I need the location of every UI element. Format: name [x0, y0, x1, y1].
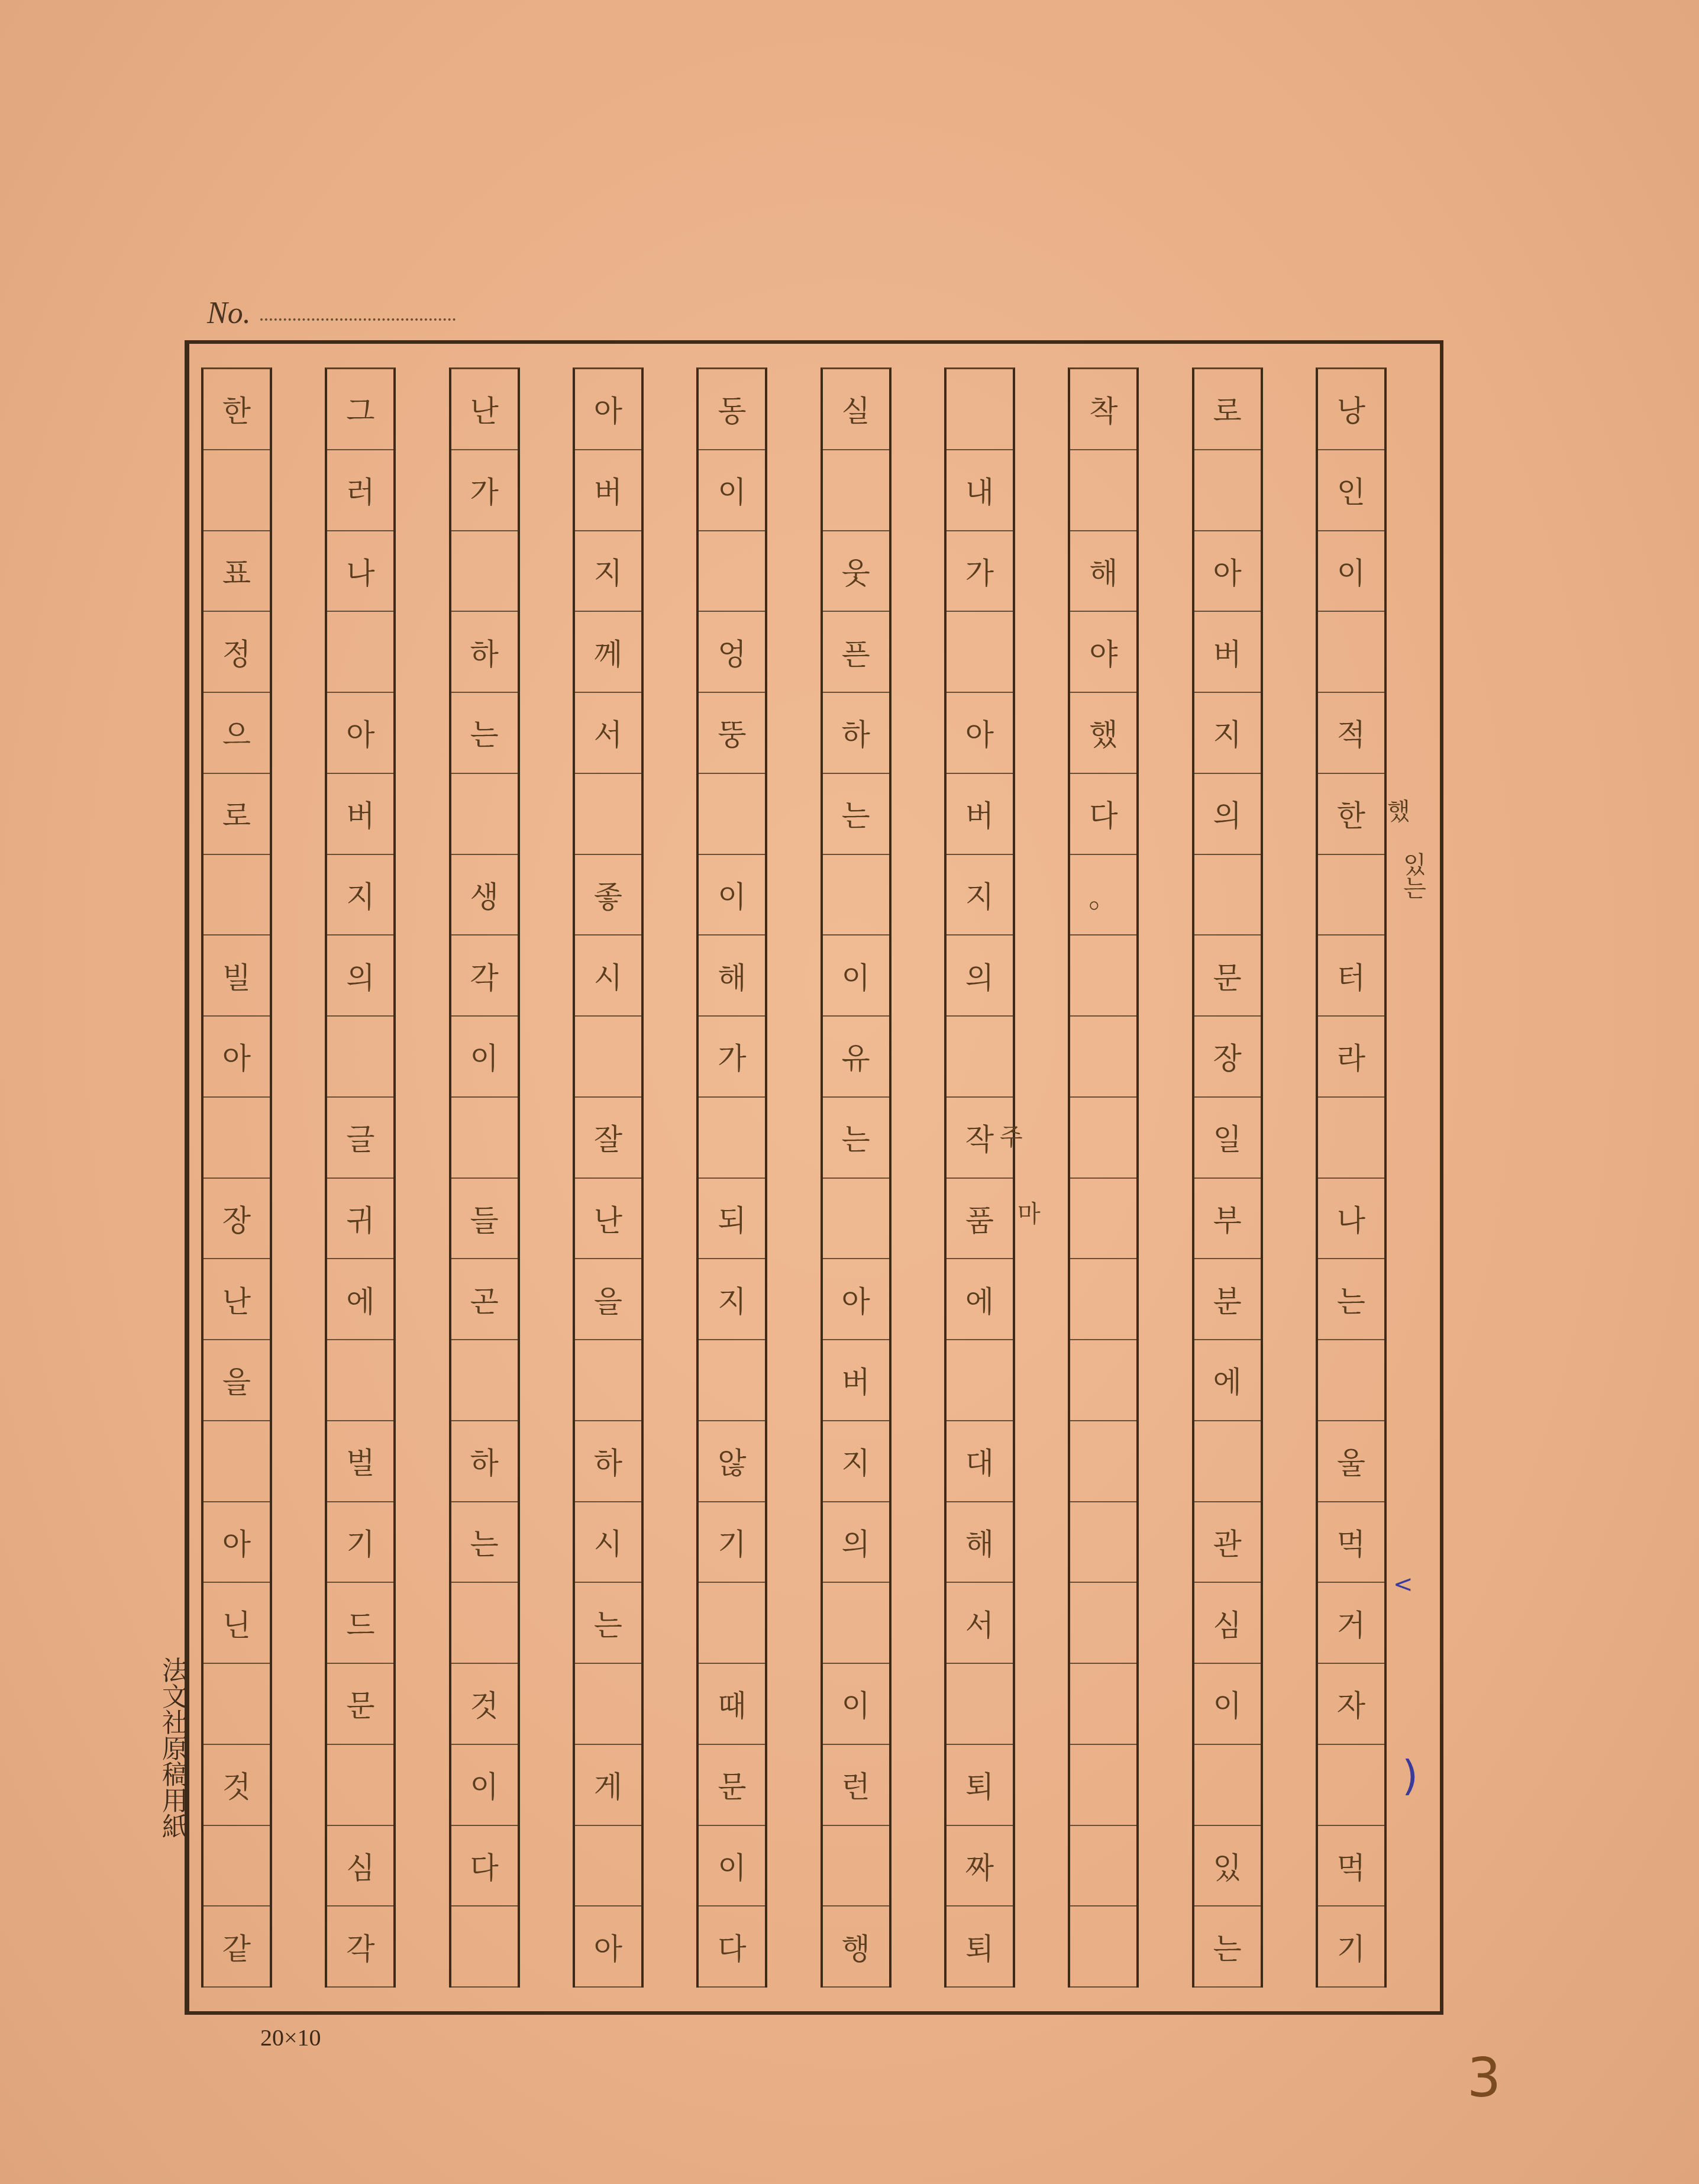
manuscript-cell: 하 [823, 693, 889, 774]
manuscript-cell [451, 1098, 518, 1179]
manuscript-cell: 되 [699, 1179, 765, 1260]
manuscript-cell [451, 774, 518, 855]
manuscript-cell: 다 [451, 1826, 518, 1907]
manuscript-cell: 짜 [947, 1826, 1013, 1907]
manuscript-cell: 는 [823, 774, 889, 855]
manuscript-cell [1070, 1664, 1136, 1745]
manuscript-cell: 엉 [699, 612, 765, 693]
manuscript-cell: 이 [699, 1826, 765, 1907]
manuscript-cell: 부 [1194, 1179, 1261, 1260]
manuscript-cell: 다 [699, 1906, 765, 1988]
manuscript-cell: 의 [327, 935, 393, 1017]
manuscript-cell: 픈 [823, 612, 889, 693]
manuscript-cell: 웃 [823, 531, 889, 612]
manuscript-cell: 서 [575, 693, 641, 774]
manuscript-cell: 장 [1194, 1017, 1261, 1098]
manuscript-frame: 낭인이적한터라나는울먹거자먹기로아버지의문장일부분에관심이있는착해야했다。내가아… [185, 340, 1443, 2015]
manuscript-cell [823, 855, 889, 936]
manuscript-cell [451, 1906, 518, 1988]
manuscript-cell: 각 [451, 935, 518, 1017]
manuscript-cell [1070, 1502, 1136, 1583]
manuscript-cell [699, 774, 765, 855]
manuscript-cell: 다 [1070, 774, 1136, 855]
manuscript-cell: 는 [1194, 1906, 1261, 1988]
margin-annotation: 마 [1018, 1195, 1041, 1229]
manuscript-cell [1194, 1745, 1261, 1826]
manuscript-cell: 실 [823, 369, 889, 450]
manuscript-cell: 빌 [204, 935, 270, 1017]
manuscript-cell [451, 531, 518, 612]
manuscript-cell [1070, 1745, 1136, 1826]
manuscript-cell: 잘 [575, 1098, 641, 1179]
manuscript-column: 한표정으로빌아장난을아닌것같 [201, 367, 272, 1988]
manuscript-cell: 러 [327, 450, 393, 531]
manuscript-cell: 하 [575, 1421, 641, 1502]
manuscript-cell [204, 1664, 270, 1745]
manuscript-cell [947, 1017, 1013, 1098]
manuscript-cell: 각 [327, 1906, 393, 1988]
manuscript-cell: 아 [204, 1502, 270, 1583]
manuscript-cell [451, 1340, 518, 1421]
manuscript-cell [823, 1583, 889, 1664]
manuscript-cell [947, 1664, 1013, 1745]
margin-annotation: 했 [1387, 793, 1410, 827]
manuscript-cell: 에 [1194, 1340, 1261, 1421]
manuscript-cell [204, 450, 270, 531]
manuscript-cell: 것 [451, 1664, 518, 1745]
publisher-label: 法文社原稿用紙 [155, 1657, 190, 1839]
manuscript-cell [204, 1098, 270, 1179]
manuscript-cell: 이 [823, 1664, 889, 1745]
manuscript-cell: 에 [947, 1259, 1013, 1340]
manuscript-cell: 아 [1194, 531, 1261, 612]
manuscript-cell [327, 1017, 393, 1098]
manuscript-cell: 아 [327, 693, 393, 774]
manuscript-cell: 드 [327, 1583, 393, 1664]
manuscript-column: 동이엉뚱이해가되지않기때문이다 [696, 367, 767, 1988]
manuscript-cell: 시 [575, 935, 641, 1017]
manuscript-cell: 행 [823, 1906, 889, 1988]
manuscript-cell: 있 [1194, 1826, 1261, 1907]
manuscript-cell [575, 774, 641, 855]
page-number: 3 [1467, 2047, 1501, 2109]
manuscript-cell: 퇴 [947, 1745, 1013, 1826]
manuscript-cell: 버 [327, 774, 393, 855]
grid-size-label: 20×10 [260, 2024, 321, 2051]
manuscript-cell: 아 [204, 1017, 270, 1098]
manuscript-cell [1070, 1583, 1136, 1664]
manuscript-cell [1318, 1098, 1384, 1179]
manuscript-cell: 이 [699, 855, 765, 936]
manuscript-cell: 적 [1318, 693, 1384, 774]
manuscript-cell: 지 [947, 855, 1013, 936]
manuscript-column: 아버지께서좋시잘난을하시는게아 [573, 367, 644, 1988]
manuscript-column: 실웃픈하는이유는아버지의이런행 [821, 367, 892, 1988]
manuscript-cell: 하 [451, 612, 518, 693]
manuscript-cell: 한 [204, 369, 270, 450]
manuscript-cell: 해 [699, 935, 765, 1017]
manuscript-cell [451, 1583, 518, 1664]
manuscript-cell: 로 [204, 774, 270, 855]
manuscript-cell: 이 [451, 1745, 518, 1826]
manuscript-cell: 대 [947, 1421, 1013, 1502]
manuscript-cell [1070, 1340, 1136, 1421]
manuscript-cell: 표 [204, 531, 270, 612]
manuscript-column: 낭인이적한터라나는울먹거자먹기 [1316, 367, 1387, 1988]
manuscript-cell [1070, 1259, 1136, 1340]
manuscript-cell: 시 [575, 1502, 641, 1583]
manuscript-cell: 야 [1070, 612, 1136, 693]
manuscript-cell: 라 [1318, 1017, 1384, 1098]
number-label: No. [207, 296, 251, 331]
manuscript-cell: 지 [327, 855, 393, 936]
manuscript-cell: 지 [575, 531, 641, 612]
manuscript-cell: 들 [451, 1179, 518, 1260]
manuscript-cell [327, 1340, 393, 1421]
manuscript-cell: 이 [1194, 1664, 1261, 1745]
manuscript-cell [1318, 612, 1384, 693]
manuscript-cell [575, 1017, 641, 1098]
manuscript-cell: 기 [1318, 1906, 1384, 1988]
manuscript-cell: 닌 [204, 1583, 270, 1664]
manuscript-cell: 좋 [575, 855, 641, 936]
manuscript-cell: 먹 [1318, 1826, 1384, 1907]
manuscript-cell: 유 [823, 1017, 889, 1098]
manuscript-cell [575, 1664, 641, 1745]
manuscript-cell: 터 [1318, 935, 1384, 1017]
manuscript-cell: 먹 [1318, 1502, 1384, 1583]
manuscript-cell: 동 [699, 369, 765, 450]
manuscript-cell: 이 [1318, 531, 1384, 612]
manuscript-cell: 심 [327, 1826, 393, 1907]
manuscript-cell [1194, 450, 1261, 531]
manuscript-cell: 분 [1194, 1259, 1261, 1340]
manuscript-cell: 울 [1318, 1421, 1384, 1502]
manuscript-cell [1070, 1098, 1136, 1179]
manuscript-columns: 낭인이적한터라나는울먹거자먹기로아버지의문장일부분에관심이있는착해야했다。내가아… [189, 344, 1440, 2011]
manuscript-cell: 버 [947, 774, 1013, 855]
manuscript-cell: 관 [1194, 1502, 1261, 1583]
manuscript-cell: 을 [204, 1340, 270, 1421]
manuscript-cell: 착 [1070, 369, 1136, 450]
manuscript-cell: 서 [947, 1583, 1013, 1664]
manuscript-column: 로아버지의문장일부분에관심이있는 [1192, 367, 1263, 1988]
manuscript-cell: 같 [204, 1906, 270, 1988]
manuscript-cell [1070, 450, 1136, 531]
manuscript-cell: 벌 [327, 1421, 393, 1502]
manuscript-cell: 그 [327, 369, 393, 450]
manuscript-cell: 해 [1070, 531, 1136, 612]
manuscript-cell: 심 [1194, 1583, 1261, 1664]
manuscript-cell [1070, 935, 1136, 1017]
manuscript-cell [699, 531, 765, 612]
manuscript-cell [1070, 1421, 1136, 1502]
manuscript-cell: 장 [204, 1179, 270, 1260]
manuscript-cell: 해 [947, 1502, 1013, 1583]
manuscript-cell: 문 [699, 1745, 765, 1826]
manuscript-cell: 이 [451, 1017, 518, 1098]
manuscript-cell [823, 1179, 889, 1260]
manuscript-cell [1318, 855, 1384, 936]
manuscript-cell: 난 [575, 1179, 641, 1260]
manuscript-cell: 지 [823, 1421, 889, 1502]
manuscript-cell: 자 [1318, 1664, 1384, 1745]
manuscript-cell: 이 [823, 935, 889, 1017]
manuscript-cell: 기 [327, 1502, 393, 1583]
manuscript-cell: 을 [575, 1259, 641, 1340]
manuscript-cell [327, 1745, 393, 1826]
number-field-dotted-line [260, 318, 456, 321]
manuscript-cell: 난 [451, 369, 518, 450]
manuscript-cell [575, 1826, 641, 1907]
manuscript-cell: 지 [699, 1259, 765, 1340]
manuscript-cell: 버 [1194, 612, 1261, 693]
manuscript-cell [204, 1826, 270, 1907]
manuscript-cell: 생 [451, 855, 518, 936]
manuscript-cell [699, 1098, 765, 1179]
manuscript-cell: 에 [327, 1259, 393, 1340]
manuscript-cell [947, 612, 1013, 693]
manuscript-cell: 않 [699, 1421, 765, 1502]
manuscript-cell [947, 1340, 1013, 1421]
manuscript-cell: 하 [451, 1421, 518, 1502]
manuscript-cell: 기 [699, 1502, 765, 1583]
manuscript-cell [699, 1340, 765, 1421]
manuscript-cell [1070, 1906, 1136, 1988]
manuscript-cell: 인 [1318, 450, 1384, 531]
manuscript-cell: 는 [451, 693, 518, 774]
manuscript-cell: 。 [1070, 855, 1136, 936]
manuscript-cell: 버 [575, 450, 641, 531]
manuscript-cell: 가 [947, 531, 1013, 612]
manuscript-cell [204, 1421, 270, 1502]
manuscript-cell: 난 [204, 1259, 270, 1340]
manuscript-cell: 버 [823, 1340, 889, 1421]
manuscript-cell: 거 [1318, 1583, 1384, 1664]
manuscript-column: 착해야했다。 [1068, 367, 1139, 1988]
manuscript-cell: 가 [699, 1017, 765, 1098]
manuscript-cell: 가 [451, 450, 518, 531]
manuscript-cell: 뚱 [699, 693, 765, 774]
manuscript-cell [699, 1583, 765, 1664]
margin-annotation: 있는 [1396, 852, 1430, 899]
manuscript-cell: 했 [1070, 693, 1136, 774]
manuscript-cell: 는 [823, 1098, 889, 1179]
manuscript-cell [947, 369, 1013, 450]
manuscript-cell: 문 [327, 1664, 393, 1745]
manuscript-cell [1194, 1421, 1261, 1502]
manuscript-cell: 아 [947, 693, 1013, 774]
manuscript-cell [1318, 1340, 1384, 1421]
manuscript-cell: 게 [575, 1745, 641, 1826]
manuscript-column: 내가아버지의작품에대해서퇴짜퇴 [944, 367, 1015, 1988]
manuscript-cell [823, 450, 889, 531]
manuscript-cell: 런 [823, 1745, 889, 1826]
manuscript-column: 난가하는생각이들곤하는것이다 [449, 367, 520, 1988]
manuscript-cell: 아 [575, 369, 641, 450]
manuscript-cell: 로 [1194, 369, 1261, 450]
manuscript-cell: 는 [575, 1583, 641, 1664]
manuscript-cell: 께 [575, 612, 641, 693]
manuscript-cell: 문 [1194, 935, 1261, 1017]
manuscript-cell: 한 [1318, 774, 1384, 855]
manuscript-cell: 는 [1318, 1259, 1384, 1340]
manuscript-cell: 는 [451, 1502, 518, 1583]
manuscript-cell: 나 [1318, 1179, 1384, 1260]
manuscript-cell: 낭 [1318, 369, 1384, 450]
manuscript-cell: 이 [699, 450, 765, 531]
manuscript-cell: 아 [575, 1906, 641, 1988]
manuscript-cell: 나 [327, 531, 393, 612]
manuscript-cell: 일 [1194, 1098, 1261, 1179]
manuscript-cell: 의 [823, 1502, 889, 1583]
manuscript-cell [823, 1826, 889, 1907]
manuscript-column: 그러나아버지의글귀에벌기드문심각 [325, 367, 396, 1988]
manuscript-cell: 곤 [451, 1259, 518, 1340]
manuscript-cell [1070, 1017, 1136, 1098]
manuscript-cell: 글 [327, 1098, 393, 1179]
manuscript-cell: 정 [204, 612, 270, 693]
manuscript-cell: 의 [947, 935, 1013, 1017]
manuscript-cell: 으 [204, 693, 270, 774]
manuscript-cell [1070, 1826, 1136, 1907]
margin-annotation: 주 [1000, 1118, 1023, 1152]
manuscript-cell: 지 [1194, 693, 1261, 774]
manuscript-cell: 내 [947, 450, 1013, 531]
manuscript-cell: 때 [699, 1664, 765, 1745]
manuscript-cell [1318, 1745, 1384, 1826]
manuscript-cell [1194, 855, 1261, 936]
manuscript-cell: 퇴 [947, 1906, 1013, 1988]
manuscript-cell: 품 [947, 1179, 1013, 1260]
manuscript-cell [575, 1340, 641, 1421]
manuscript-cell: 귀 [327, 1179, 393, 1260]
bracket-mark-icon: ) [1402, 1751, 1418, 1800]
manuscript-cell [327, 612, 393, 693]
manuscript-cell: 아 [823, 1259, 889, 1340]
check-mark-icon: < [1393, 1571, 1413, 1598]
manuscript-cell: 것 [204, 1745, 270, 1826]
manuscript-cell [204, 855, 270, 936]
manuscript-cell [1070, 1179, 1136, 1260]
manuscript-cell: 의 [1194, 774, 1261, 855]
